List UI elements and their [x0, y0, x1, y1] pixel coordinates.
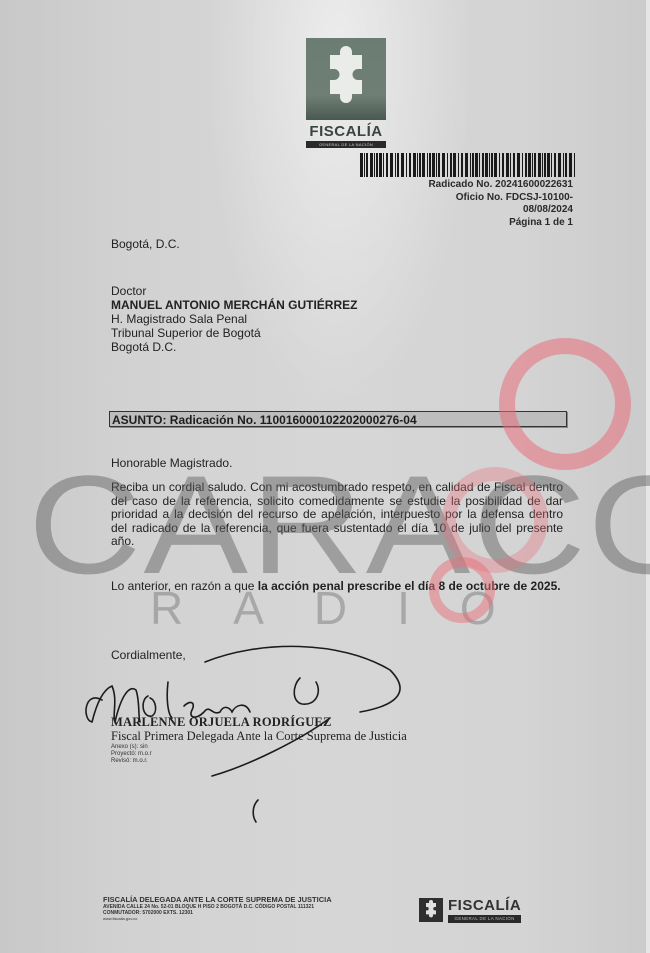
page-count: Página 1 de 1: [428, 217, 573, 230]
addressee-title: Doctor: [111, 284, 357, 298]
radicado-number: Radicado No. 20241600022631: [428, 179, 573, 192]
logo-wordmark: FISCALÍA: [306, 123, 386, 140]
footer-logo: FISCALÍA GENERAL DE LA NACIÓN: [419, 898, 521, 923]
addressee-line: Tribunal Superior de Bogotá: [111, 326, 357, 340]
addressee-name: MANUEL ANTONIO MERCHÁN GUTIÉRREZ: [111, 298, 357, 312]
footer-logo-wordmark: FISCALÍA: [448, 898, 521, 914]
paragraph-emphasis: la acción penal prescribe el día 8 de oc…: [258, 579, 561, 593]
addressee-block: Doctor MANUEL ANTONIO MERCHÁN GUTIÉRREZ …: [111, 284, 357, 354]
paragraph-text: Lo anterior, en razón a que: [111, 579, 258, 593]
closing: Cordialmente,: [111, 648, 186, 662]
city-line: Bogotá, D.C.: [111, 237, 180, 251]
signer-title: Fiscal Primera Delegada Ante la Corte Su…: [111, 729, 407, 743]
fiscalia-logo: FISCALÍA GENERAL DE LA NACIÓN: [306, 38, 386, 148]
anexo-line: Anexo (s): sin: [111, 744, 152, 751]
footer-address: FISCALÍA DELEGADA ANTE LA CORTE SUPREMA …: [103, 896, 332, 921]
reviso-line: Revisó: m.o.r.: [111, 758, 152, 765]
addressee-line: Bogotá D.C.: [111, 340, 357, 354]
footer-logo-subtitle: GENERAL DE LA NACIÓN: [448, 915, 521, 923]
signer-block: MARLENNE ORJUELA RODRÍGUEZ Fiscal Primer…: [111, 715, 407, 743]
barcode: [360, 153, 576, 177]
addressee-line: H. Magistrado Sala Penal: [111, 312, 357, 326]
subject-box: ASUNTO: Radicación No. 11001600010220200…: [109, 411, 567, 427]
footer-website: www.fiscalia.gov.co: [103, 916, 332, 921]
logo-subtitle: GENERAL DE LA NACIÓN: [306, 141, 386, 148]
document-annotations: Anexo (s): sin Proyectó: m.o.r Revisó: m…: [111, 744, 152, 765]
footer-office: FISCALÍA DELEGADA ANTE LA CORTE SUPREMA …: [103, 896, 332, 904]
body-paragraph: Reciba un cordial saludo. Con mi acostum…: [111, 481, 563, 549]
oficio-number: Oficio No. FDCSJ-10100-: [428, 192, 573, 205]
page-edge: [646, 0, 650, 953]
puzzle-piece-icon: [419, 898, 443, 922]
signer-name: MARLENNE ORJUELA RODRÍGUEZ: [111, 715, 407, 729]
document-meta: Radicado No. 20241600022631 Oficio No. F…: [428, 179, 573, 229]
greeting: Honorable Magistrado.: [111, 456, 232, 470]
body-paragraph-2: Lo anterior, en razón a que la acción pe…: [111, 580, 563, 594]
puzzle-piece-icon: [306, 38, 386, 120]
proyecto-line: Proyectó: m.o.r: [111, 751, 152, 758]
oficio-date: 08/08/2024: [428, 204, 573, 217]
